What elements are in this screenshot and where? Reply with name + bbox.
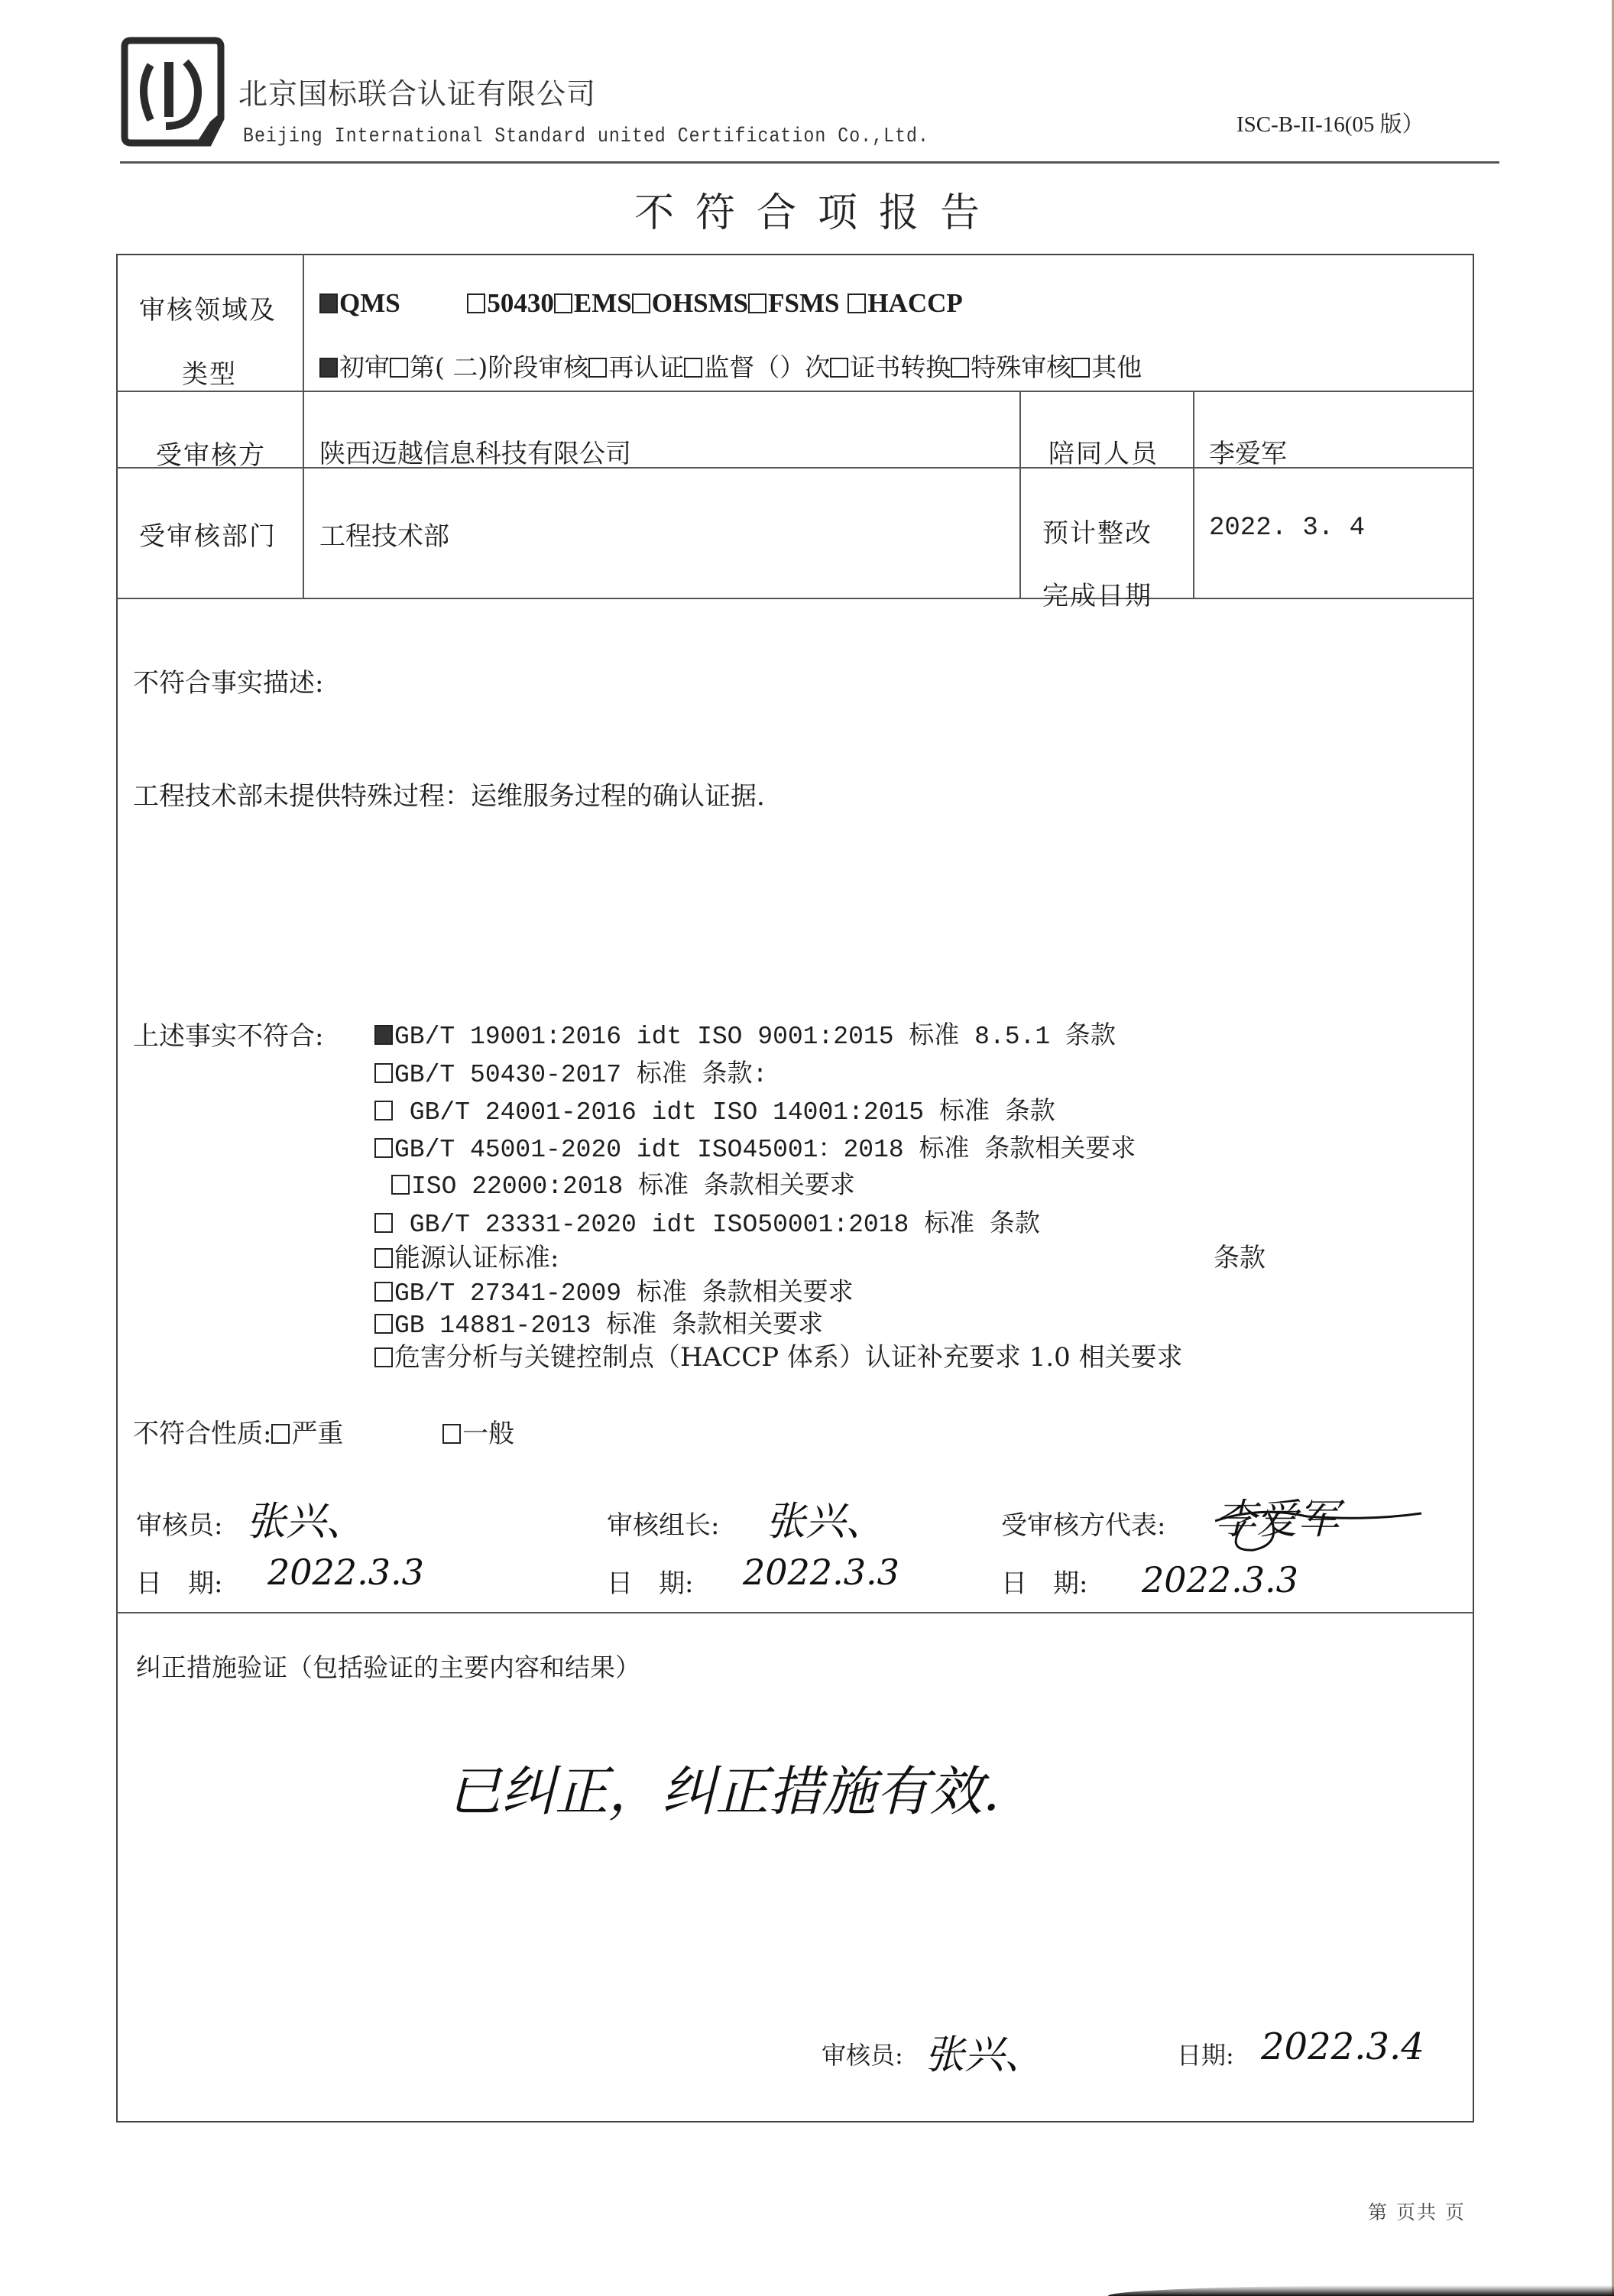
checkbox-standard[interactable] xyxy=(374,1063,393,1083)
checkbox-standard[interactable] xyxy=(391,1175,410,1195)
checkbox-standard[interactable] xyxy=(374,1314,393,1334)
standard-item: GB/T 50430-2017 标准 条款: xyxy=(374,1053,767,1089)
system-label: OHSMS xyxy=(652,288,748,318)
checkbox-qms[interactable] xyxy=(319,293,338,313)
verification-date: 2022.3.4 xyxy=(1261,2025,1424,2068)
type-label: 证书转换 xyxy=(850,352,951,382)
description-text: 工程技术部未提供特殊过程：运维服务过程的确认证据. xyxy=(133,775,765,812)
checkbox-special[interactable] xyxy=(951,358,969,378)
checkbox-minor[interactable] xyxy=(442,1424,461,1444)
standard-text: 能源认证标准: xyxy=(394,1243,559,1273)
standard-item: GB/T 23331-2020 idt ISO50001:2018 标准 条款 xyxy=(374,1203,1040,1239)
standard-text: GB/T 50430-2017 标准 条款: xyxy=(394,1061,767,1089)
type-label: 第( 二)阶段审核 xyxy=(410,352,588,382)
isc-logo-icon xyxy=(120,36,225,148)
checkbox-standard[interactable] xyxy=(374,1248,393,1268)
column-divider xyxy=(1193,391,1194,598)
representative-label: 受审核方代表: xyxy=(1001,1504,1165,1542)
audit-scope-label-2: 类型 xyxy=(182,353,237,391)
verification-auditor-label: 审核员: xyxy=(822,2036,903,2071)
row-divider xyxy=(116,598,1474,599)
page-number: 第 页共 页 xyxy=(1368,2197,1466,2225)
system-label: FSMS xyxy=(768,288,839,318)
system-label: QMS xyxy=(339,288,400,318)
standard-text: GB/T 23331-2020 idt ISO50001:2018 标准 条款 xyxy=(394,1211,1040,1239)
standard-text: GB/T 24001-2016 idt ISO 14001:2015 标准 条款 xyxy=(394,1098,1055,1127)
checkbox-standard[interactable] xyxy=(374,1213,393,1233)
checkbox-standard[interactable] xyxy=(374,1138,393,1158)
escort-label: 陪同人员 xyxy=(1048,433,1159,470)
auditor-date-label: 日 期: xyxy=(136,1562,222,1600)
audit-scope-label-1: 审核领域及 xyxy=(139,289,277,326)
system-label: EMS xyxy=(574,288,632,318)
document-title: 不符合项报告 xyxy=(634,180,1001,238)
system-label: 50430 xyxy=(487,288,554,318)
type-label: 再认证 xyxy=(608,352,684,382)
form-code: ISC-B-II-16(05 版） xyxy=(1236,107,1424,138)
checkbox-ems[interactable] xyxy=(554,293,572,313)
company-name-en: Beijing International Standard united Ce… xyxy=(243,125,929,148)
type-label: 其他 xyxy=(1091,352,1142,382)
verification-auditor-signature: 张兴、 xyxy=(925,2022,1044,2080)
checkbox-fsms[interactable] xyxy=(748,293,766,313)
audit-type-row: 初审第( 二)阶段审核再认证监督（）次证书转换特殊审核其他 xyxy=(319,348,1142,384)
verification-result: 已纠正，纠正措施有效. xyxy=(448,1749,1000,1826)
against-label: 上述事实不符合: xyxy=(133,1015,323,1052)
leader-date-label: 日 期: xyxy=(607,1562,693,1600)
standard-text: GB/T 45001-2020 idt ISO45001：2018 标准 条款相… xyxy=(394,1136,1136,1164)
column-divider xyxy=(303,254,304,598)
leader-signature: 张兴、 xyxy=(766,1489,885,1546)
checkbox-standard[interactable] xyxy=(374,1282,393,1302)
auditee-value: 陕西迈越信息科技有限公司 xyxy=(319,433,631,470)
nature-option: 一般 xyxy=(462,1419,514,1449)
standard-item: GB/T 24001-2016 idt ISO 14001:2015 标准 条款 xyxy=(374,1091,1055,1127)
auditor-signature: 张兴、 xyxy=(246,1489,365,1546)
standard-item: GB/T 19001:2016 idt ISO 9001:2015 标准 8.5… xyxy=(374,1015,1116,1051)
standard-item: GB/T 27341-2009 标准 条款相关要求 xyxy=(374,1272,854,1308)
auditor-label: 审核员: xyxy=(136,1504,222,1542)
department-value: 工程技术部 xyxy=(319,515,449,553)
leader-date: 2022.3.3 xyxy=(743,1552,899,1593)
escort-value: 李爱军 xyxy=(1209,433,1287,470)
company-name-cn: 北京国标联合认证有限公司 xyxy=(238,70,596,112)
section-divider xyxy=(116,1612,1474,1613)
row-divider xyxy=(116,391,1474,392)
verification-date-label: 日期: xyxy=(1177,2036,1234,2071)
system-checkbox-row: QMS 50430EMSOHSMSFSMS HACCP xyxy=(319,288,963,319)
system-label: HACCP xyxy=(867,288,962,318)
checkbox-standard[interactable] xyxy=(374,1025,393,1045)
checkbox-stage[interactable] xyxy=(390,358,408,378)
department-label: 受审核部门 xyxy=(139,515,277,553)
representative-date: 2022.3.3 xyxy=(1142,1559,1298,1600)
auditee-label: 受审核方 xyxy=(156,434,266,472)
checkbox-initial[interactable] xyxy=(319,358,338,378)
checkbox-ohsms[interactable] xyxy=(632,293,650,313)
standard-item: GB 14881-2013 标准 条款相关要求 xyxy=(374,1304,823,1340)
checkbox-other[interactable] xyxy=(1071,358,1090,378)
nature-label: 不符合性质: xyxy=(133,1419,271,1449)
standard-item: 危害分析与关键控制点（HACCP 体系）认证补充要求 1.0 相关要求 xyxy=(374,1336,1183,1373)
standard-text: 危害分析与关键控制点（HACCP 体系）认证补充要求 1.0 相关要求 xyxy=(394,1342,1183,1373)
checkbox-transfer[interactable] xyxy=(830,358,848,378)
checkbox-recert[interactable] xyxy=(588,358,607,378)
checkbox-50430[interactable] xyxy=(467,293,485,313)
due-date-label-1: 预计整改 xyxy=(1042,512,1152,550)
due-date-label-2: 完成日期 xyxy=(1042,575,1152,612)
energy-clause-label: 条款 xyxy=(1214,1237,1266,1274)
nature-option: 严重 xyxy=(291,1419,343,1449)
checkbox-standard[interactable] xyxy=(374,1101,393,1120)
page-shadow xyxy=(1108,2285,1614,2296)
due-date-value: 2022. 3. 4 xyxy=(1209,514,1365,543)
signature-flourish-icon xyxy=(1215,1490,1429,1559)
column-divider xyxy=(1019,391,1021,598)
standard-item: GB/T 45001-2020 idt ISO45001：2018 标准 条款相… xyxy=(374,1128,1136,1164)
checkbox-haccp[interactable] xyxy=(848,293,866,313)
verification-label: 纠正措施验证（包括验证的主要内容和结果） xyxy=(136,1648,640,1684)
type-label: 监督（）次 xyxy=(704,352,830,382)
standard-text: GB/T 19001:2016 idt ISO 9001:2015 标准 8.5… xyxy=(394,1023,1116,1051)
description-label: 不符合事实描述: xyxy=(133,662,323,699)
nature-row: 不符合性质:严重 一般 xyxy=(133,1412,514,1450)
type-label: 特殊审核 xyxy=(971,352,1071,382)
checkbox-standard[interactable] xyxy=(374,1347,393,1367)
standard-item: 能源认证标准: xyxy=(374,1237,559,1274)
representative-date-label: 日 期: xyxy=(1001,1562,1087,1600)
header-divider xyxy=(120,161,1499,164)
leader-label: 审核组长: xyxy=(607,1504,719,1542)
standard-item: ISO 22000:2018 标准 条款相关要求 xyxy=(391,1165,855,1201)
type-label: 初审 xyxy=(339,352,390,382)
standard-text: ISO 22000:2018 标准 条款相关要求 xyxy=(411,1172,855,1201)
auditor-date: 2022.3.3 xyxy=(267,1552,424,1593)
checkbox-surveillance[interactable] xyxy=(684,358,702,378)
checkbox-major[interactable] xyxy=(271,1424,290,1444)
